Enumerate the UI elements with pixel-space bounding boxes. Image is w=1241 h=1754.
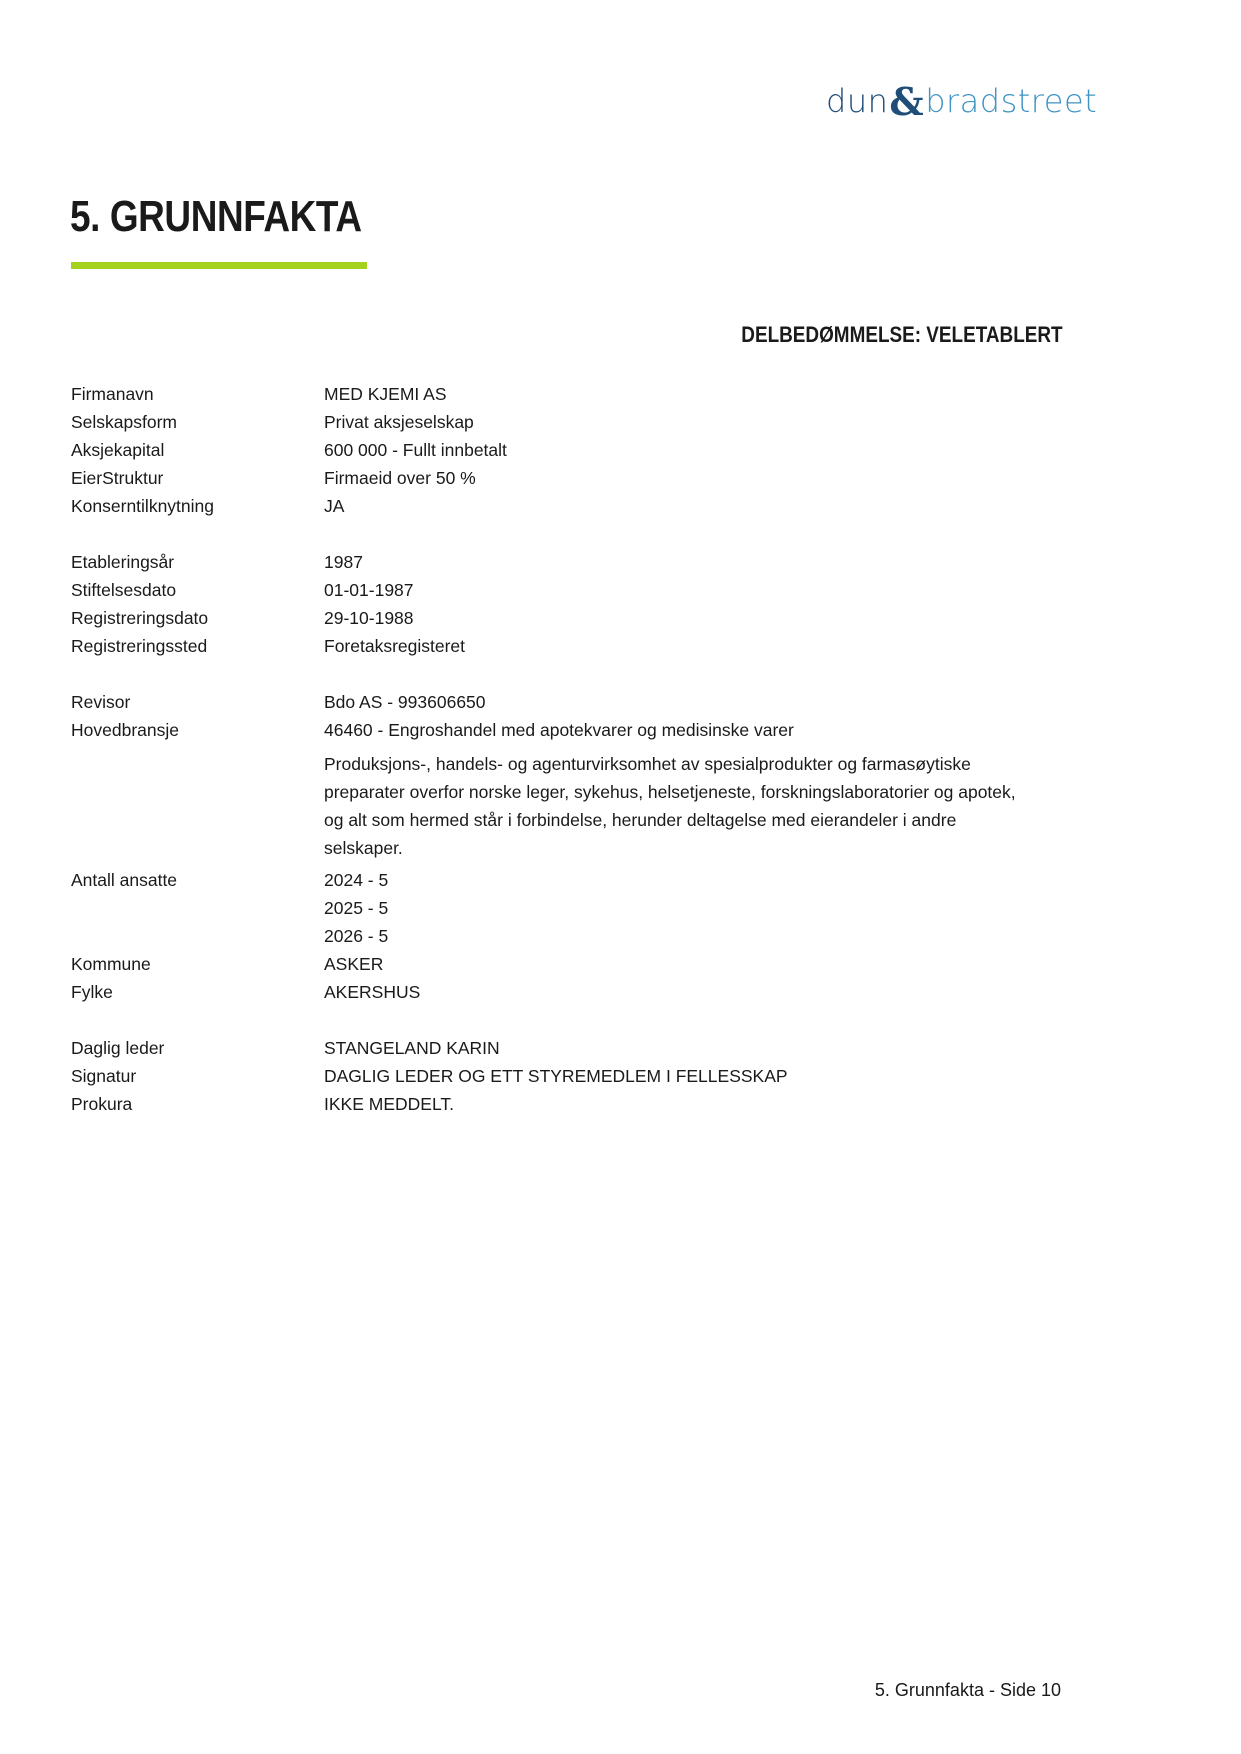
fact-row-signatur: Signatur DAGLIG LEDER OG ETT STYREMEDLEM… — [71, 1062, 1071, 1090]
fact-row-registreringssted: Registreringssted Foretaksregisteret — [71, 632, 1071, 660]
fact-row-firmanavn: Firmanavn MED KJEMI AS — [71, 380, 1071, 408]
fact-value: DAGLIG LEDER OG ETT STYREMEDLEM I FELLES… — [324, 1062, 1071, 1090]
section-spacer — [71, 520, 1071, 548]
fact-value: IKKE MEDDELT. — [324, 1090, 1071, 1118]
rating-heading: DELBEDØMMELSE: VELETABLERT — [742, 322, 1063, 348]
fact-label: Signatur — [71, 1062, 324, 1090]
fact-label: Aksjekapital — [71, 436, 324, 464]
fact-label: Prokura — [71, 1090, 324, 1118]
fact-value: Firmaeid over 50 % — [324, 464, 1071, 492]
fact-value: 2024 - 5 — [324, 866, 1071, 894]
fact-value: STANGELAND KARIN — [324, 1034, 1071, 1062]
fact-value: 29-10-1988 — [324, 604, 1071, 632]
fact-row-eierstruktur: EierStruktur Firmaeid over 50 % — [71, 464, 1071, 492]
fact-row-fylke: Fylke AKERSHUS — [71, 978, 1071, 1006]
fact-value: JA — [324, 492, 1071, 520]
fact-label: Registreringsdato — [71, 604, 324, 632]
fact-value: MED KJEMI AS — [324, 380, 1071, 408]
fact-label: Revisor — [71, 688, 324, 716]
fact-value: AKERSHUS — [324, 978, 1071, 1006]
fact-value: Foretaksregisteret — [324, 632, 1071, 660]
fact-value: 01-01-1987 — [324, 576, 1071, 604]
logo-ampersand: & — [889, 79, 924, 124]
fact-value: Bdo AS - 993606650 — [324, 688, 1071, 716]
fact-label: Fylke — [71, 978, 324, 1006]
fact-row-aksjekapital: Aksjekapital 600 000 - Fullt innbetalt — [71, 436, 1071, 464]
business-description: Produksjons-, handels- og agenturvirksom… — [71, 750, 1024, 862]
fact-label: Antall ansatte — [71, 866, 324, 894]
fact-label: Selskapsform — [71, 408, 324, 436]
fact-label: Hovedbransje — [71, 716, 324, 744]
fact-label-empty — [71, 894, 324, 922]
fact-label: Daglig leder — [71, 1034, 324, 1062]
fact-row-revisor: Revisor Bdo AS - 993606650 — [71, 688, 1071, 716]
logo-text-dun: dun — [826, 82, 888, 120]
fact-value: 46460 - Engroshandel med apotekvarer og … — [324, 716, 1071, 744]
fact-row-konserntilknytning: Konserntilknytning JA — [71, 492, 1071, 520]
fact-row-antall-ansatte: Antall ansatte 2024 - 5 — [71, 866, 1071, 894]
fact-row-selskapsform: Selskapsform Privat aksjeselskap — [71, 408, 1071, 436]
fact-row-antall-ansatte-2025: 2025 - 5 — [71, 894, 1071, 922]
page-footer: 5. Grunnfakta - Side 10 — [875, 1680, 1061, 1701]
fact-row-kommune: Kommune ASKER — [71, 950, 1071, 978]
section-spacer — [71, 1006, 1071, 1034]
fact-label: Firmanavn — [71, 380, 324, 408]
fact-label: Registreringssted — [71, 632, 324, 660]
facts-table: Firmanavn MED KJEMI AS Selskapsform Priv… — [71, 380, 1071, 1118]
fact-row-registreringsdato: Registreringsdato 29-10-1988 — [71, 604, 1071, 632]
fact-row-etableringsar: Etableringsår 1987 — [71, 548, 1071, 576]
fact-value: 1987 — [324, 548, 1071, 576]
fact-value: 2026 - 5 — [324, 922, 1071, 950]
title-underline — [71, 262, 367, 269]
fact-value: Privat aksjeselskap — [324, 408, 1071, 436]
fact-label: Kommune — [71, 950, 324, 978]
page-title: 5. GRUNNFAKTA — [70, 192, 362, 242]
fact-label: Stiftelsesdato — [71, 576, 324, 604]
fact-label: Konserntilknytning — [71, 492, 324, 520]
fact-value: 2025 - 5 — [324, 894, 1071, 922]
fact-row-antall-ansatte-2026: 2026 - 5 — [71, 922, 1071, 950]
fact-row-daglig-leder: Daglig leder STANGELAND KARIN — [71, 1034, 1071, 1062]
fact-value: ASKER — [324, 950, 1071, 978]
section-spacer — [71, 660, 1071, 688]
fact-label: Etableringsår — [71, 548, 324, 576]
fact-row-stiftelsesdato: Stiftelsesdato 01-01-1987 — [71, 576, 1071, 604]
fact-label: EierStruktur — [71, 464, 324, 492]
fact-row-prokura: Prokura IKKE MEDDELT. — [71, 1090, 1071, 1118]
fact-value: 600 000 - Fullt innbetalt — [324, 436, 1071, 464]
logo-text-bradstreet: bradstreet — [925, 82, 1097, 120]
fact-row-hovedbransje: Hovedbransje 46460 - Engroshandel med ap… — [71, 716, 1071, 744]
dun-bradstreet-logo: dun&bradstreet — [826, 80, 1097, 122]
fact-label-empty — [71, 922, 324, 950]
